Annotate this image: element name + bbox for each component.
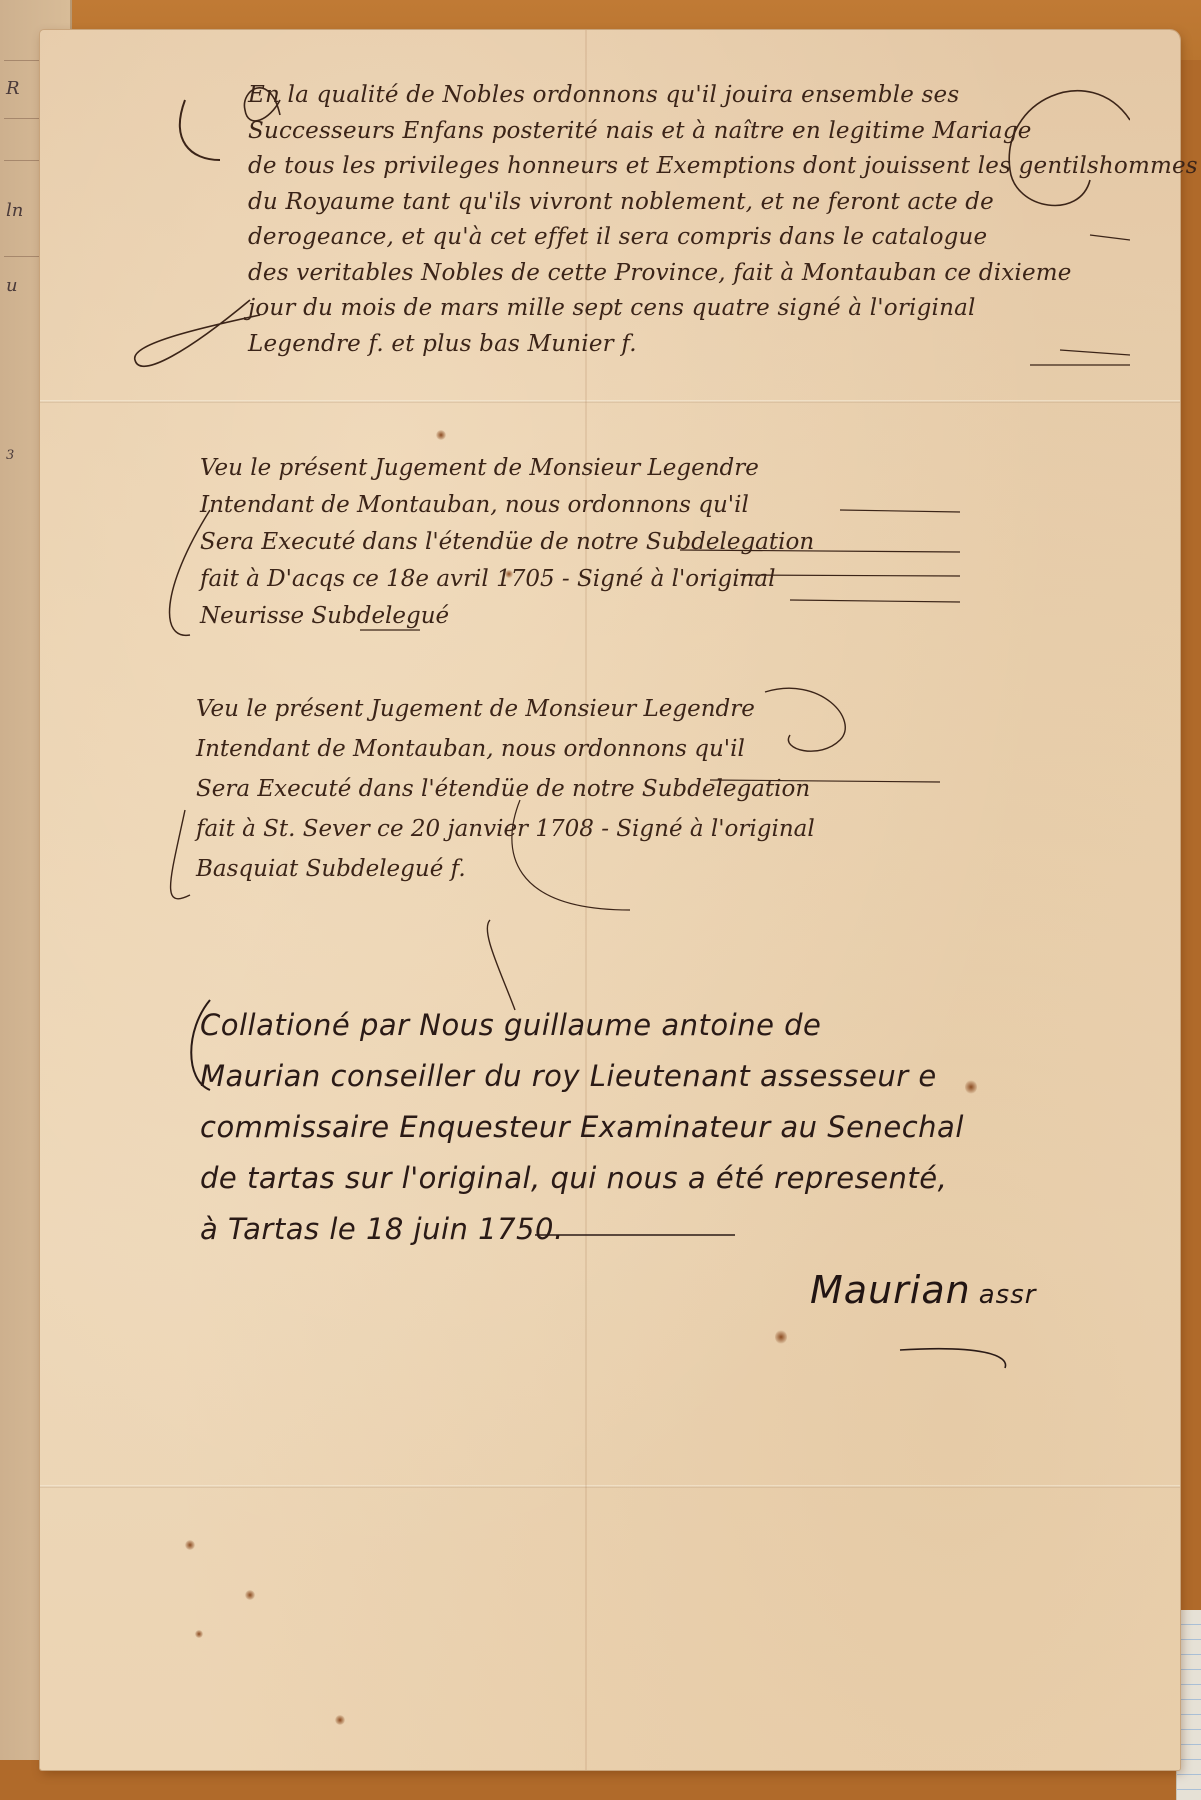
foxing-spot: [245, 1590, 255, 1600]
text-line: de tous les privileges honneurs et Exemp…: [248, 149, 1198, 185]
text-line: Legendre f. et plus bas Munier f.: [248, 327, 1198, 363]
text-line: fait à D'acqs ce 18e avril 1705 - Signé …: [200, 561, 814, 598]
text-line: jour du mois de mars mille sept cens qua…: [248, 291, 1198, 327]
margin-glyph: R: [6, 78, 20, 99]
text-line: fait à St. Sever ce 20 janvier 1708 - Si…: [196, 810, 815, 850]
signature: Maurianassr: [810, 1268, 1036, 1312]
text-line: Basquiat Subdelegué f.: [196, 850, 815, 890]
collation-paragraph: Collationé par Nous guillaume antoine de…: [200, 1000, 964, 1255]
text-line: Successeurs Enfans posterité nais et à n…: [248, 114, 1198, 150]
text-line: des veritables Nobles de cette Province,…: [248, 256, 1198, 292]
paper-fold: [40, 1485, 1180, 1488]
endorsement-saint-sever-paragraph: Veu le présent Jugement de Monsieur Lege…: [196, 690, 815, 890]
foxing-spot: [195, 1630, 203, 1638]
text-line: commissaire Enquesteur Examinateur au Se…: [200, 1102, 964, 1153]
signature-name: Maurian: [810, 1268, 971, 1312]
foxing-spot: [436, 430, 446, 440]
endorsement-dax-paragraph: Veu le présent Jugement de Monsieur Lege…: [200, 450, 814, 635]
text-line: derogeance, et qu'à cet effet il sera co…: [248, 220, 1198, 256]
text-line: En la qualité de Nobles ordonnons qu'il …: [248, 78, 1198, 114]
margin-glyph: ln: [6, 200, 23, 221]
text-line: Veu le présent Jugement de Monsieur Lege…: [200, 450, 814, 487]
foxing-spot: [185, 1540, 195, 1550]
text-line: Maurian conseiller du roy Lieutenant ass…: [200, 1051, 964, 1102]
text-line: Intendant de Montauban, nous ordonnons q…: [200, 487, 814, 524]
foxing-spot: [335, 1715, 345, 1725]
text-line: à Tartas le 18 juin 1750.: [200, 1204, 964, 1255]
text-line: Collationé par Nous guillaume antoine de: [200, 1000, 964, 1051]
signature-title: assr: [979, 1280, 1037, 1310]
margin-glyph: u: [6, 275, 18, 296]
text-line: Sera Executé dans l'étendüe de notre Sub…: [196, 770, 815, 810]
text-line: de tartas sur l'original, qui nous a été…: [200, 1153, 964, 1204]
text-line: Veu le présent Jugement de Monsieur Lege…: [196, 690, 815, 730]
margin-glyph: 3: [6, 448, 14, 463]
text-line: Neurisse Subdelegué: [200, 598, 814, 635]
text-line: du Royaume tant qu'ils vivront noblement…: [248, 185, 1198, 221]
text-line: Intendant de Montauban, nous ordonnons q…: [196, 730, 815, 770]
judgment-paragraph: En la qualité de Nobles ordonnons qu'il …: [248, 78, 1198, 362]
text-line: Sera Executé dans l'étendüe de notre Sub…: [200, 524, 814, 561]
